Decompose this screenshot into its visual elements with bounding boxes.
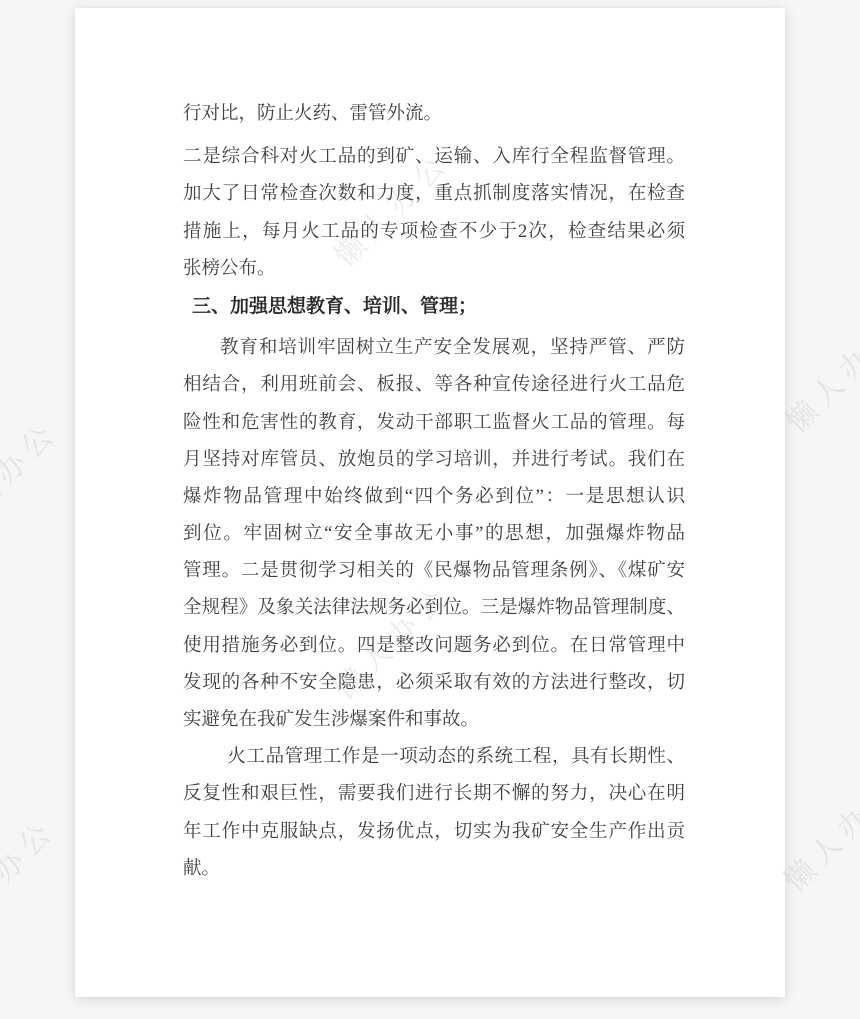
document-page: 行对比，防止火药、雷管外流。二是综合科对火工品的到矿、运输、入库行全程监督管理。… xyxy=(75,8,785,997)
site-watermark: 懒人办公 xyxy=(772,764,860,900)
text-line: 献。 xyxy=(183,851,685,888)
text-line: 月坚持对库管员、放炮员的学习培训，并进行考试。我们在 xyxy=(183,442,685,479)
text-line: 加大了日常检查次数和力度，重点抓制度落实情况，在检查 xyxy=(183,176,685,213)
text-line: 行对比，防止火药、雷管外流。 xyxy=(183,96,685,133)
section-heading: 三、加强思想教育、培训、管理； xyxy=(183,288,685,325)
text-line: 全规程》及象关法律法规务必到位。三是爆炸物品管理制度、 xyxy=(183,590,685,627)
text-line: 使用措施务必到位。四是整改问题务必到位。在日常管理中 xyxy=(183,628,685,665)
site-watermark: 懒人办公 xyxy=(774,305,860,441)
text-line: 张榜公布。 xyxy=(183,251,685,288)
text-line: 措施上，每月火工品的专项检查不少于2次，检查结果必须 xyxy=(183,214,685,251)
document-body: 行对比，防止火药、雷管外流。二是综合科对火工品的到矿、运输、入库行全程监督管理。… xyxy=(183,96,685,888)
text-line: 险性和危害性的教育，发动干部职工监督火工品的管理。每 xyxy=(183,405,685,442)
text-line: 二是综合科对火工品的到矿、运输、入库行全程监督管理。 xyxy=(183,139,685,176)
screenshot-background: 行对比，防止火药、雷管外流。二是综合科对火工品的到矿、运输、入库行全程监督管理。… xyxy=(0,0,860,1019)
text-line: 火工品管理工作是一项动态的系统工程，具有长期性、 xyxy=(183,739,685,776)
heading-text-line: 三、加强思想教育、培训、管理； xyxy=(183,288,685,325)
site-watermark: 懒人办公 xyxy=(0,807,64,943)
paragraph: 教育和培训牢固树立生产安全发展观，坚持严管、严防相结合，利用班前会、板报、等各种… xyxy=(183,330,685,739)
site-watermark: 懒人办公 xyxy=(0,409,66,545)
paragraph: 行对比，防止火药、雷管外流。 xyxy=(183,96,685,133)
text-line: 爆炸物品管理中始终做到“四个务必到位”：一是思想认识 xyxy=(183,479,685,516)
text-line: 相结合，利用班前会、板报、等各种宣传途径进行火工品危 xyxy=(183,367,685,404)
text-line: 实避免在我矿发生涉爆案件和事故。 xyxy=(183,702,685,739)
text-line: 管理。二是贯彻学习相关的《民爆物品管理条例》、《煤矿安 xyxy=(183,553,685,590)
text-line: 到位。牢固树立“安全事故无小事”的思想，加强爆炸物品 xyxy=(183,516,685,553)
text-line: 教育和培训牢固树立生产安全发展观，坚持严管、严防 xyxy=(183,330,685,367)
text-line: 反复性和艰巨性，需要我们进行长期不懈的努力，决心在明 xyxy=(183,776,685,813)
text-line: 发现的各种不安全隐患，必须采取有效的方法进行整改，切 xyxy=(183,665,685,702)
paragraph: 火工品管理工作是一项动态的系统工程，具有长期性、反复性和艰巨性，需要我们进行长期… xyxy=(183,739,685,888)
paragraph: 二是综合科对火工品的到矿、运输、入库行全程监督管理。加大了日常检查次数和力度，重… xyxy=(183,139,685,288)
text-line: 年工作中克服缺点，发扬优点，切实为我矿安全生产作出贡 xyxy=(183,814,685,851)
